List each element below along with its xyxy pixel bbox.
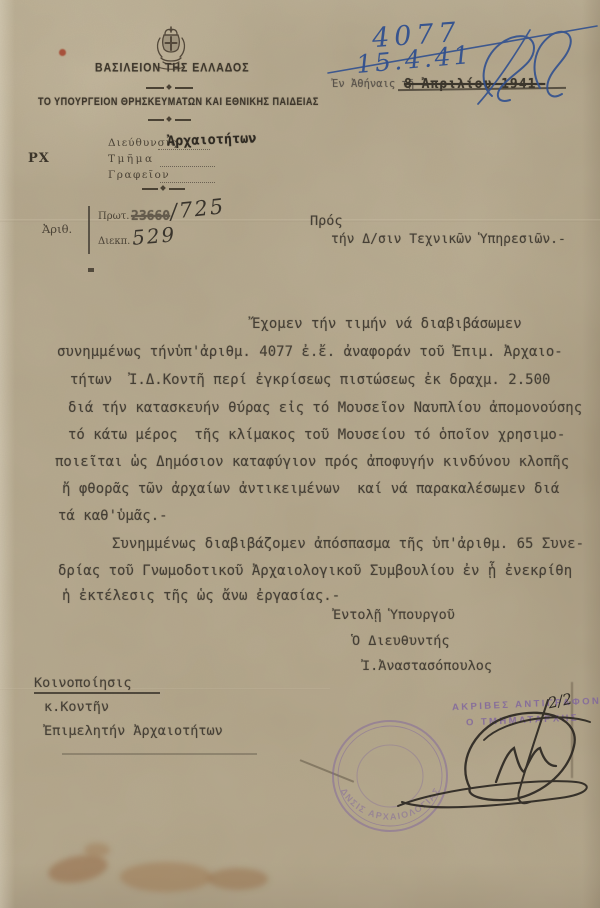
svg-text:ΔΝΣΙΣ ΑΡΧΑΙΟΛΟΓΙΑΣ: ΔΝΣΙΣ ΑΡΧΑΙΟΛΟΓΙΑΣ [339, 785, 443, 822]
scanned-letter-page: ΒΑΣΙΛΕΙΟΝ ΤΗΣ ΕΛΛΑΔΟΣ ΤΟ ΥΠΟΥΡΓΕΙΟΝ ΘΡΗΣ… [0, 0, 600, 908]
round-stamp-arc-text: ΔΝΣΙΣ ΑΡΧΑΙΟΛΟΓΙΑΣ [339, 785, 443, 822]
signature-ink [398, 700, 590, 807]
ink-annotations-layer: ΔΝΣΙΣ ΑΡΧΑΙΟΛΟΓΙΑΣ [0, 0, 600, 908]
round-stamp: ΔΝΣΙΣ ΑΡΧΑΙΟΛΟΓΙΑΣ [333, 721, 447, 831]
blue-ink-flourish [328, 26, 597, 104]
